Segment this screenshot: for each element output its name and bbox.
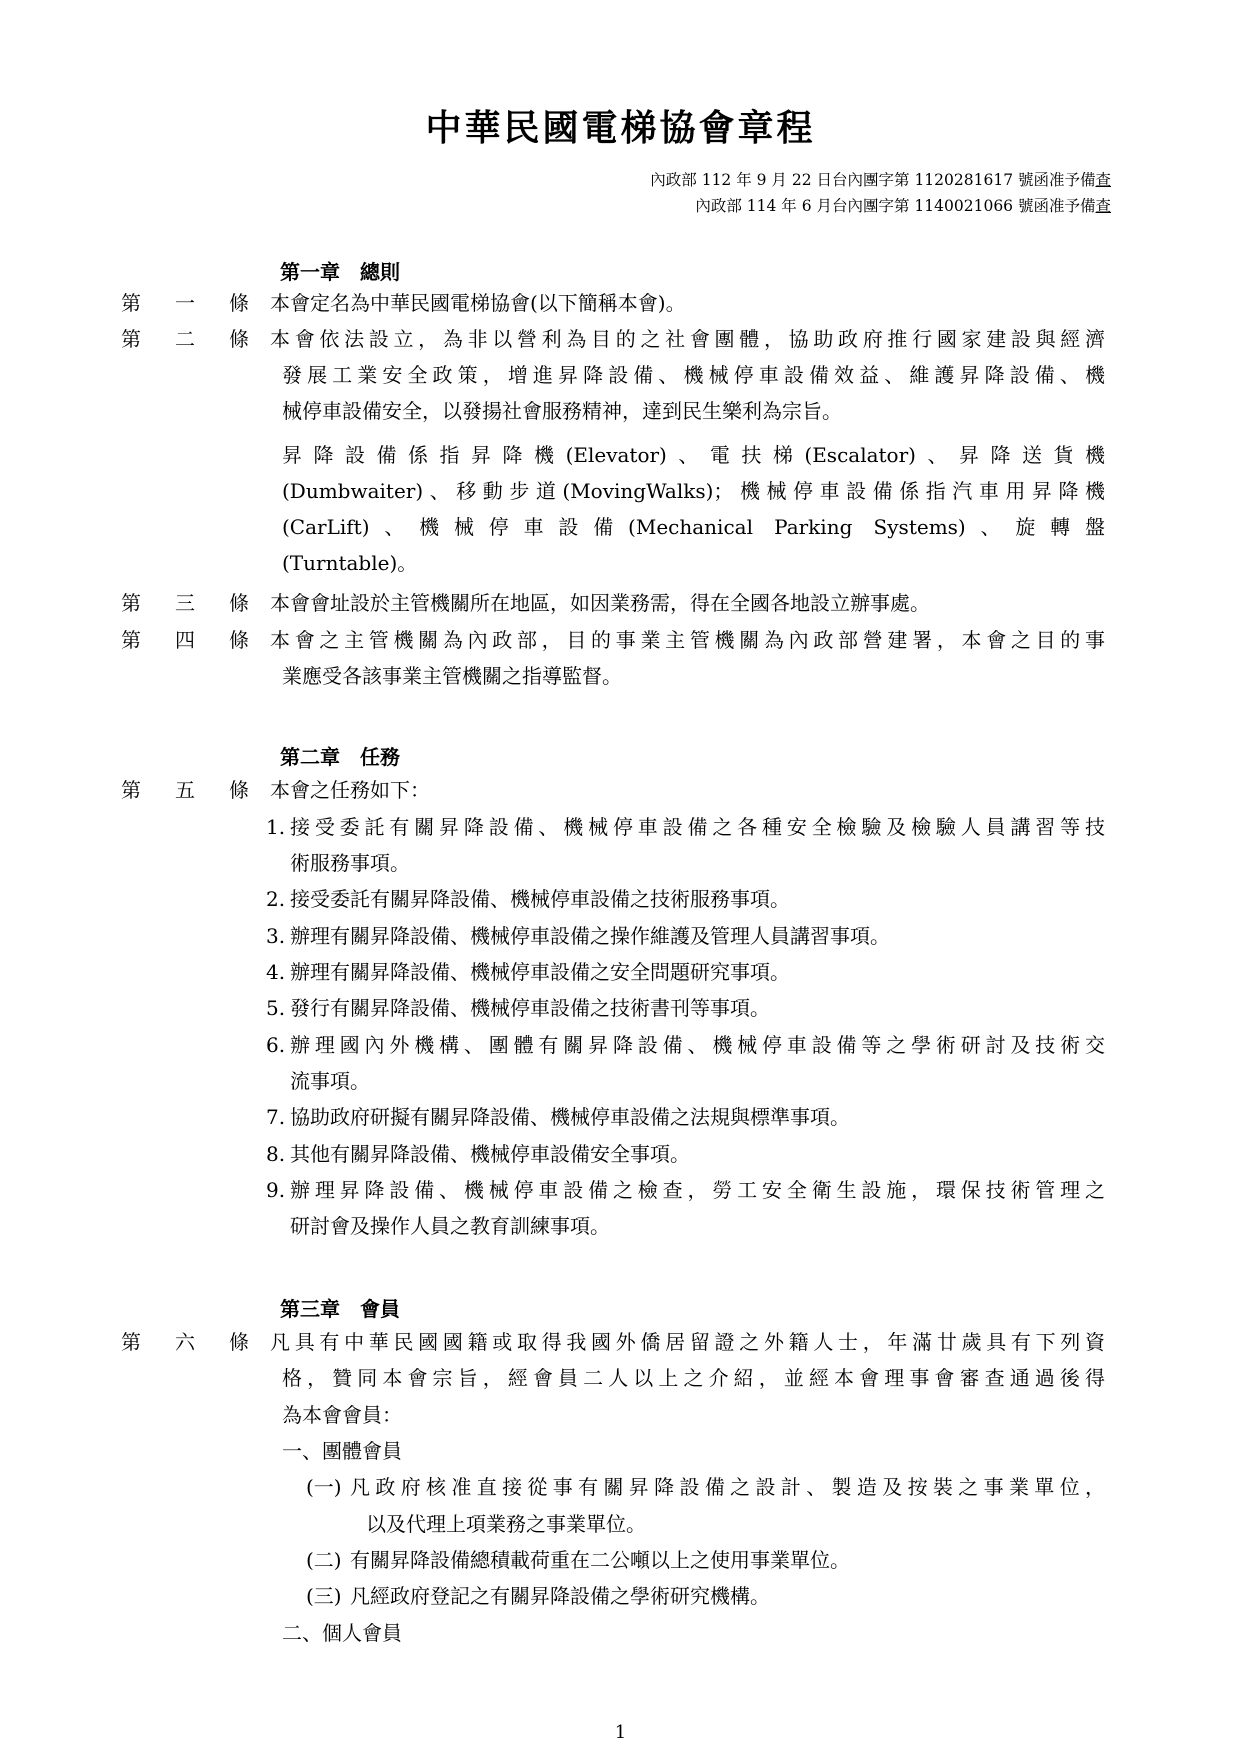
group-member-item-1-no: (一) [306, 1474, 342, 1500]
article-2-line-5: (Dumbwaiter)、移動步道(MovingWalks)；機械停車設備係指汽… [282, 478, 1105, 504]
task-item-9-line-1: 辦理昇降設備、機械停車設備之檢查，勞工安全衛生設施，環保技術管理之 [290, 1177, 1105, 1203]
task-item-6-line-2: 流事項。 [290, 1068, 370, 1094]
group-member-item-2-text: 有關昇降設備總積載荷重在二公噸以上之使用事業單位。 [350, 1547, 850, 1573]
task-item-8-no: 8. [266, 1141, 285, 1167]
article-1-text: 本會定名為中華民國電梯協會(以下簡稱本會)。 [270, 290, 686, 316]
article-6-line-3: 為本會會員： [282, 1402, 402, 1428]
task-item-5-text: 發行有關昇降設備、機械停車設備之技術書刊等事項。 [290, 995, 770, 1021]
task-item-1-line-1: 接受委託有關昇降設備、機械停車設備之各種安全檢驗及檢驗人員講習等技 [290, 814, 1105, 840]
article-3-text: 本會會址設於主管機關所在地區，如因業務需，得在全國各地設立辦事處。 [270, 590, 930, 616]
article-2-line-1: 本會依法設立，為非以營利為目的之社會團體，協助政府推行國家建設與經濟 [270, 326, 1105, 352]
task-item-1-line-2: 術服務事項。 [290, 850, 410, 876]
article-5-label: 第 五 條 [120, 777, 250, 803]
approval-note-2: 內政部 114 年 6 月台內團字第 1140021066 號函准予備查 [695, 194, 1111, 216]
article-2-line-6: (CarLift)、機械停車設備(Mechanical Parking Syst… [282, 514, 1105, 540]
group-member-heading: 一、團體會員 [282, 1438, 402, 1464]
article-2-line-4: 昇降設備係指昇降機(Elevator)、電扶梯(Escalator)、昇降送貨機 [282, 442, 1105, 468]
article-2-label: 第 二 條 [120, 326, 250, 352]
article-6-label: 第 六 條 [120, 1329, 250, 1355]
task-item-4-text: 辦理有關昇降設備、機械停車設備之安全問題研究事項。 [290, 959, 790, 985]
article-4-label: 第 四 條 [120, 627, 250, 653]
article-2-line-3: 械停車設備安全，以發揚社會服務精神，達到民生樂利為宗旨。 [282, 398, 842, 424]
task-item-6-line-1: 辦理國內外機構、團體有關昇降設備、機械停車設備等之學術研討及技術交 [290, 1032, 1105, 1058]
task-item-2-no: 2. [266, 886, 285, 912]
task-item-7-no: 7. [266, 1104, 285, 1130]
approval-note-1: 內政部 112 年 9 月 22 日台內團字第 1120281617 號函准予備… [650, 168, 1111, 190]
article-6-line-2: 格，贊同本會宗旨，經會員二人以上之介紹，並經本會理事會審查通過後得 [282, 1365, 1105, 1391]
document-title: 中華民國電梯協會章程 [0, 100, 1241, 151]
task-item-9-no: 9. [266, 1177, 285, 1203]
task-item-4-no: 4. [266, 959, 285, 985]
task-item-5-no: 5. [266, 995, 285, 1021]
article-2-line-2: 發展工業安全政策，增進昇降設備、機械停車設備效益、維護昇降設備、機 [282, 362, 1105, 388]
group-member-item-2-no: (二) [306, 1547, 342, 1573]
task-item-6-no: 6. [266, 1032, 285, 1058]
task-item-9-line-2: 研討會及操作人員之教育訓練事項。 [290, 1213, 610, 1239]
task-item-7-text: 協助政府研擬有關昇降設備、機械停車設備之法規與標準事項。 [290, 1104, 850, 1130]
chapter-1-heading: 第一章總則 [280, 256, 400, 285]
article-6-line-1: 凡具有中華民國國籍或取得我國外僑居留證之外籍人士，年滿廿歲具有下列資 [270, 1329, 1105, 1355]
task-item-3-no: 3. [266, 923, 285, 949]
article-1-label: 第 一 條 [120, 290, 250, 316]
chapter-3-heading: 第三章會員 [280, 1293, 400, 1322]
article-2-line-7: (Turntable)。 [282, 550, 417, 576]
article-4-line-2: 業應受各該事業主管機關之指導監督。 [282, 663, 622, 689]
task-item-3-text: 辦理有關昇降設備、機械停車設備之操作維護及管理人員講習事項。 [290, 923, 890, 949]
task-item-2-text: 接受委託有關昇降設備、機械停車設備之技術服務事項。 [290, 886, 790, 912]
individual-member-heading: 二、個人會員 [282, 1620, 402, 1646]
task-item-1-no: 1. [266, 814, 285, 840]
task-item-8-text: 其他有關昇降設備、機械停車設備安全事項。 [290, 1141, 690, 1167]
group-member-item-1-line-2: 以及代理上項業務之事業單位。 [366, 1511, 646, 1537]
document-page: 中華民國電梯協會章程 內政部 112 年 9 月 22 日台內團字第 11202… [0, 0, 1241, 1755]
group-member-item-3-no: (三) [306, 1583, 342, 1609]
group-member-item-3-text: 凡經政府登記之有關昇降設備之學術研究機構。 [350, 1583, 770, 1609]
page-number: 1 [0, 1722, 1241, 1743]
group-member-item-1-line-1: 凡政府核准直接從事有關昇降設備之設計、製造及按裝之事業單位， [350, 1474, 1105, 1500]
article-4-line-1: 本會之主管機關為內政部，目的事業主管機關為內政部營建署，本會之目的事 [270, 627, 1105, 653]
chapter-2-heading: 第二章任務 [280, 741, 400, 770]
article-5-intro: 本會之任務如下： [270, 777, 430, 803]
article-3-label: 第 三 條 [120, 590, 250, 616]
